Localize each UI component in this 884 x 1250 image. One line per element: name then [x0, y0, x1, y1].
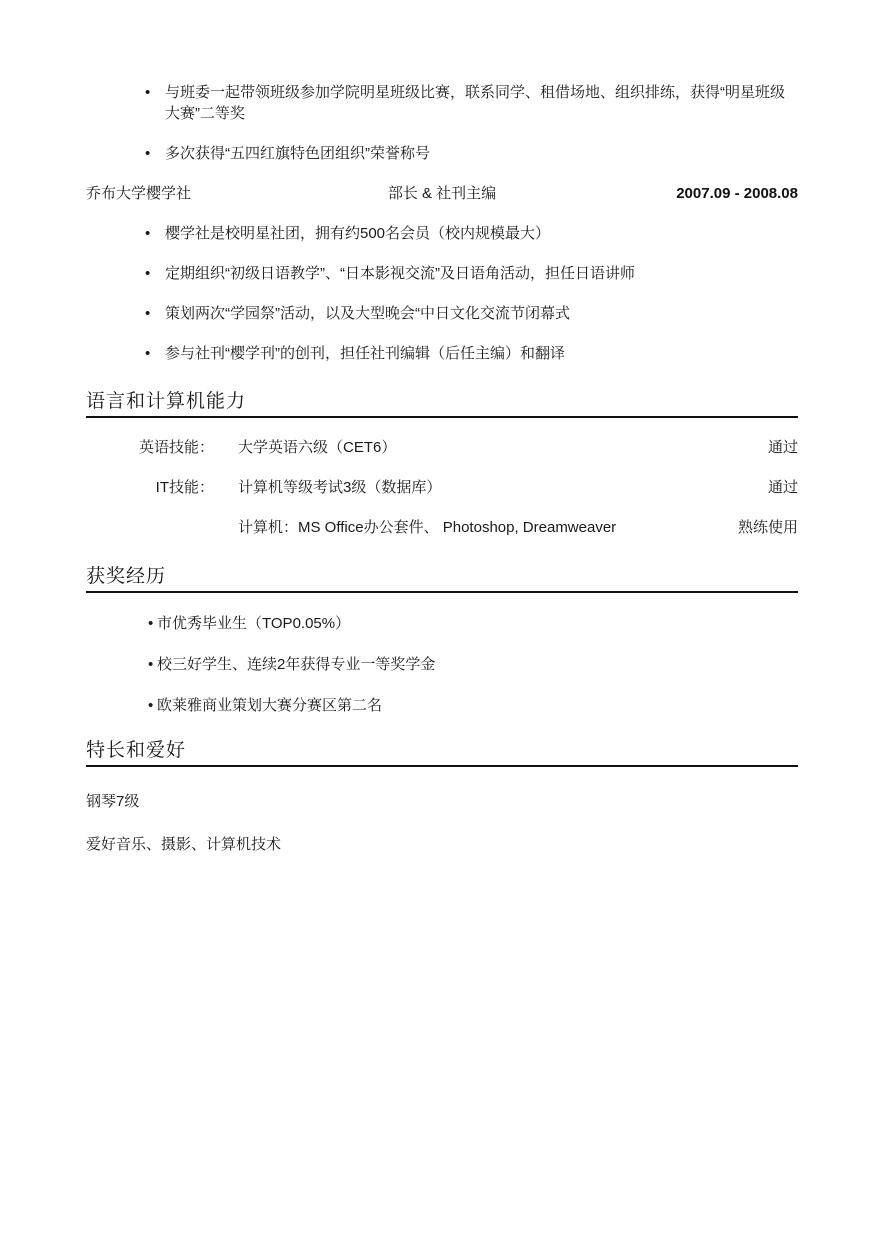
- experience-bullet: 与班委一起带领班级参加学院明星班级比赛，联系同学、租借场地、组织排练，获得“明星…: [86, 82, 798, 124]
- award-item: 校三好学生、连续2年获得专业一等奖学金: [86, 654, 798, 675]
- skill-label: 英语技能：: [86, 437, 214, 458]
- experience-bullet: 多次获得“五四红旗特色团组织”荣誉称号: [86, 143, 798, 164]
- award-item: 欧莱雅商业策划大赛分赛区第二名: [86, 695, 798, 716]
- skill-row: IT技能： 计算机等级考试3级（数据库） 通过: [86, 477, 798, 498]
- organization-name: 乔布大学樱学社: [86, 183, 323, 204]
- skills-rows: 英语技能： 大学英语六级（CET6） 通过 IT技能： 计算机等级考试3级（数据…: [86, 437, 798, 538]
- organization-period: 2007.09 - 2008.08: [561, 183, 798, 204]
- resume-content: 与班委一起带领班级参加学院明星班级比赛，联系同学、租借场地、组织排练，获得“明星…: [0, 0, 884, 855]
- experience-bullet: 樱学社是校明星社团，拥有约500名会员（校内规模最大）: [86, 223, 798, 244]
- skill-value: 计算机：MS Office办公套件、 Photoshop, Dreamweave…: [238, 517, 738, 538]
- section-heading-skills: 语言和计算机能力: [86, 390, 798, 418]
- section-heading-hobbies: 特长和爱好: [86, 739, 798, 767]
- experience-bullet: 策划两次“学园祭”活动，以及大型晚会“中日文化交流节闭幕式: [86, 303, 798, 324]
- skill-status: 通过: [768, 477, 798, 498]
- class-experience-bullets: 与班委一起带领班级参加学院明星班级比赛，联系同学、租借场地、组织排练，获得“明星…: [86, 0, 798, 164]
- skill-value: 计算机等级考试3级（数据库）: [238, 477, 768, 498]
- hobby-line: 钢琴7级: [86, 791, 798, 812]
- skill-status: 通过: [768, 437, 798, 458]
- skill-row: 英语技能： 大学英语六级（CET6） 通过: [86, 437, 798, 458]
- experience-bullet: 参与社刊“樱学刊”的创刊，担任社刊编辑（后任主编）和翻译: [86, 343, 798, 364]
- section-heading-awards: 获奖经历: [86, 565, 798, 593]
- organization-role: 部长 & 社刊主编: [323, 183, 560, 204]
- skill-row: 计算机：MS Office办公套件、 Photoshop, Dreamweave…: [86, 517, 798, 538]
- award-item: 市优秀毕业生（TOP0.05%）: [86, 613, 798, 634]
- hobby-line: 爱好音乐、摄影、计算机技术: [86, 834, 798, 855]
- skill-status: 熟练使用: [738, 517, 798, 538]
- skill-value: 大学英语六级（CET6）: [238, 437, 768, 458]
- experience-bullet: 定期组织“初级日语教学”、“日本影视交流”及日语角活动，担任日语讲师: [86, 263, 798, 284]
- awards-list: 市优秀毕业生（TOP0.05%） 校三好学生、连续2年获得专业一等奖学金 欧莱雅…: [86, 613, 798, 716]
- resume-page: 与班委一起带领班级参加学院明星班级比赛，联系同学、租借场地、组织排练，获得“明星…: [0, 0, 884, 1250]
- organization-row: 乔布大学樱学社 部长 & 社刊主编 2007.09 - 2008.08: [86, 183, 798, 204]
- skill-label: IT技能：: [86, 477, 214, 498]
- club-experience-bullets: 樱学社是校明星社团，拥有约500名会员（校内规模最大） 定期组织“初级日语教学”…: [86, 223, 798, 364]
- skill-label: [86, 517, 214, 538]
